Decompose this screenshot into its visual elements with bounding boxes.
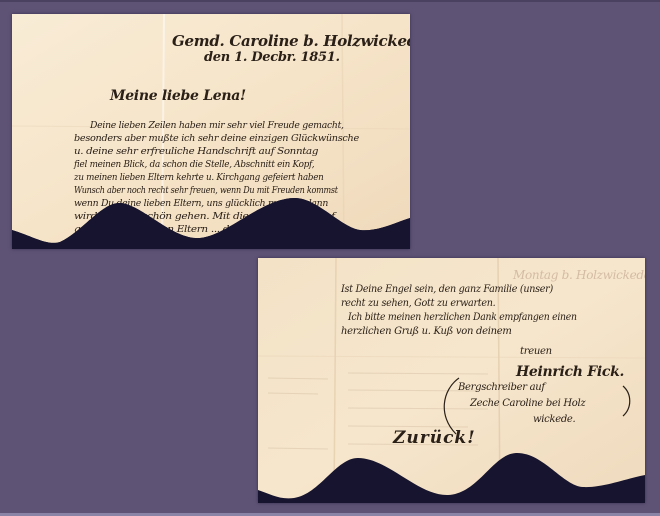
letter-page-2: Montag b. Holzwickede Ist Deine Engel se… [258,258,645,503]
navy-cutout-2 [258,258,645,503]
letter-page-1: Gemd. Caroline b. Holzwickede, den 1. De… [12,14,410,249]
cutout-overlay-1 [12,14,410,249]
top-edge [0,0,660,2]
